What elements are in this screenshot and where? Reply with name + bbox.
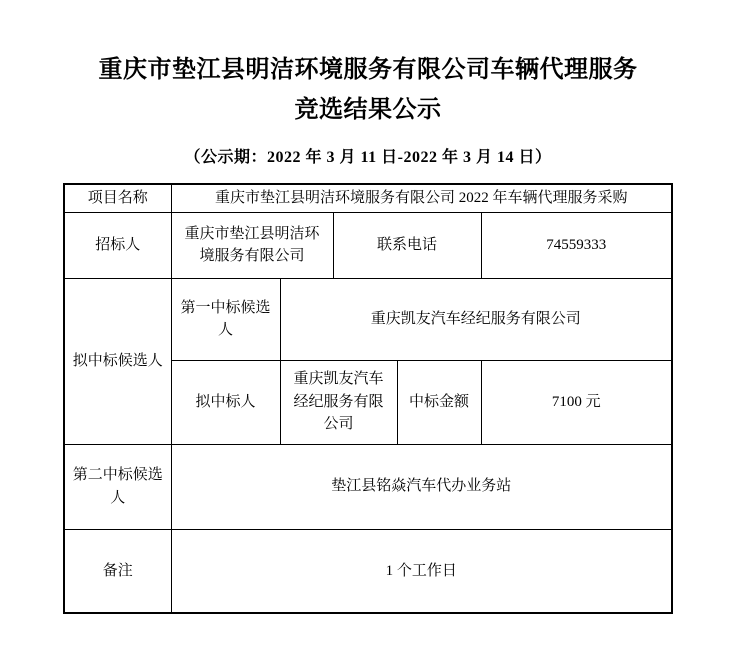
row-first-candidate: 拟中标候选人 第一中标候选人 重庆凯友汽车经纪服务有限公司	[64, 278, 672, 360]
title-line-2: 竞选结果公示	[0, 90, 736, 130]
first-candidate-label: 第一中标候选人	[171, 278, 280, 360]
row-project: 项目名称 重庆市垫江县明洁环境服务有限公司 2022 年车辆代理服务采购	[64, 184, 672, 212]
tenderee-value: 重庆市垫江县明洁环境服务有限公司	[171, 212, 333, 278]
candidates-label: 拟中标候选人	[64, 278, 171, 444]
remark-value: 1 个工作日	[171, 529, 672, 613]
tenderee-label: 招标人	[64, 212, 171, 278]
second-candidate-label: 第二中标候选人	[64, 444, 171, 529]
announcement-document: 重庆市垫江县明洁环境服务有限公司车辆代理服务 竞选结果公示 （公示期：2022 …	[0, 0, 736, 672]
amount-label: 中标金额	[397, 360, 481, 444]
result-table: 项目名称 重庆市垫江县明洁环境服务有限公司 2022 年车辆代理服务采购 招标人…	[63, 183, 673, 614]
proposed-winner-label: 拟中标人	[171, 360, 280, 444]
proposed-winner-value: 重庆凯友汽车经纪服务有限公司	[280, 360, 397, 444]
row-tenderee: 招标人 重庆市垫江县明洁环境服务有限公司 联系电话 74559333	[64, 212, 672, 278]
row-remark: 备注 1 个工作日	[64, 529, 672, 613]
phone-label: 联系电话	[333, 212, 481, 278]
notice-period: （公示期：2022 年 3 月 11 日-2022 年 3 月 14 日）	[0, 144, 736, 167]
row-second-candidate: 第二中标候选人 垫江县铭焱汽车代办业务站	[64, 444, 672, 529]
project-label: 项目名称	[64, 184, 171, 212]
first-candidate-value: 重庆凯友汽车经纪服务有限公司	[280, 278, 672, 360]
title-line-1: 重庆市垫江县明洁环境服务有限公司车辆代理服务	[0, 50, 736, 90]
remark-label: 备注	[64, 529, 171, 613]
document-title: 重庆市垫江县明洁环境服务有限公司车辆代理服务 竞选结果公示	[0, 0, 736, 130]
phone-value: 74559333	[481, 212, 672, 278]
project-value: 重庆市垫江县明洁环境服务有限公司 2022 年车辆代理服务采购	[171, 184, 672, 212]
amount-value: 7100 元	[481, 360, 672, 444]
second-candidate-value: 垫江县铭焱汽车代办业务站	[171, 444, 672, 529]
